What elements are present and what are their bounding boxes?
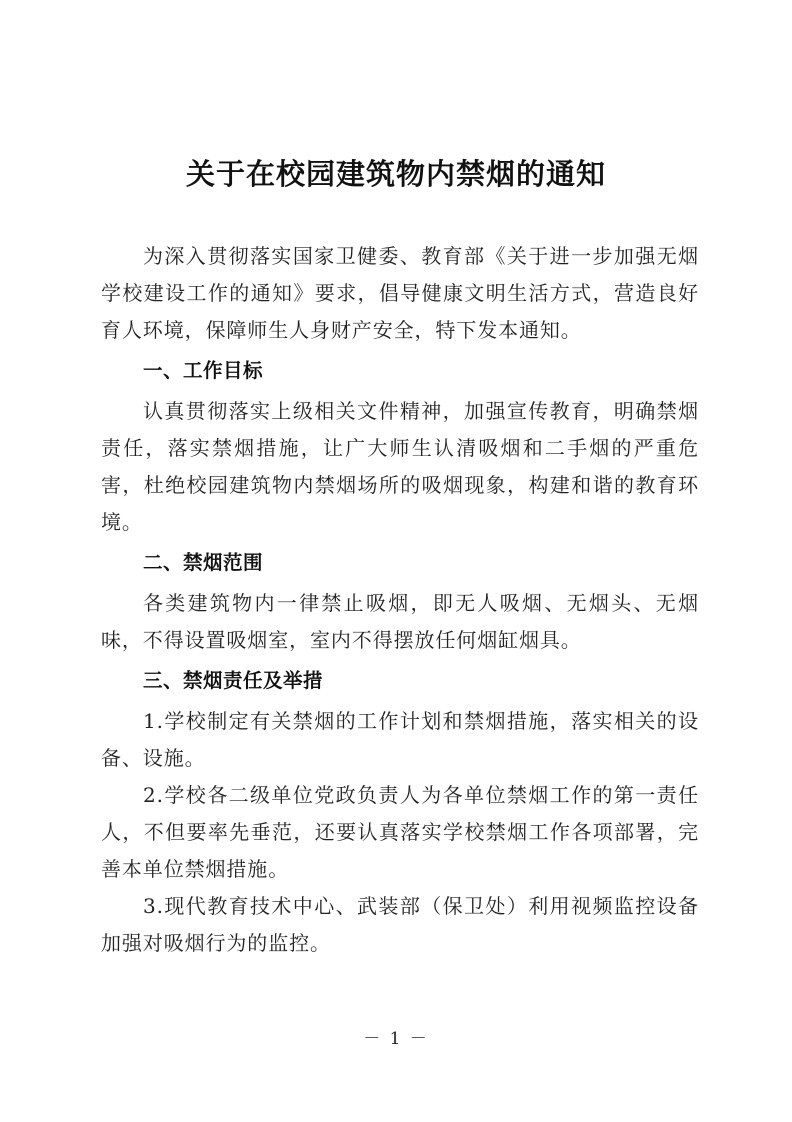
section-heading-scope: 二、禁烟范围 <box>101 541 699 585</box>
document-page: 关于在校园建筑物内禁烟的通知 为深入贯彻落实国家卫健委、教育部《关于进一步加强无… <box>0 0 792 1122</box>
section-heading-goals: 一、工作目标 <box>101 349 699 393</box>
section-goals-paragraph: 认真贯彻落实上级相关文件精神，加强宣传教育，明确禁烟责任，落实禁烟措施，让广大师… <box>101 393 699 541</box>
section-heading-responsibility: 三、禁烟责任及举措 <box>101 659 699 703</box>
page-number: － 1 － <box>0 1024 792 1049</box>
responsibility-item-1: 1.学校制定有关禁烟的工作计划和禁烟措施，落实相关的设备、设施。 <box>101 703 699 777</box>
section-scope-paragraph: 各类建筑物内一律禁止吸烟，即无人吸烟、无烟头、无烟味，不得设置吸烟室，室内不得摆… <box>101 585 699 659</box>
document-body: 为深入贯彻落实国家卫健委、教育部《关于进一步加强无烟学校建设工作的通知》要求，倡… <box>101 238 699 962</box>
intro-paragraph: 为深入贯彻落实国家卫健委、教育部《关于进一步加强无烟学校建设工作的通知》要求，倡… <box>101 238 699 349</box>
responsibility-item-2: 2.学校各二级单位党政负责人为各单位禁烟工作的第一责任人，不但要率先垂范，还要认… <box>101 777 699 888</box>
responsibility-item-3: 3.现代教育技术中心、武装部（保卫处）利用视频监控设备加强对吸烟行为的监控。 <box>101 888 699 962</box>
document-title: 关于在校园建筑物内禁烟的通知 <box>0 152 792 196</box>
